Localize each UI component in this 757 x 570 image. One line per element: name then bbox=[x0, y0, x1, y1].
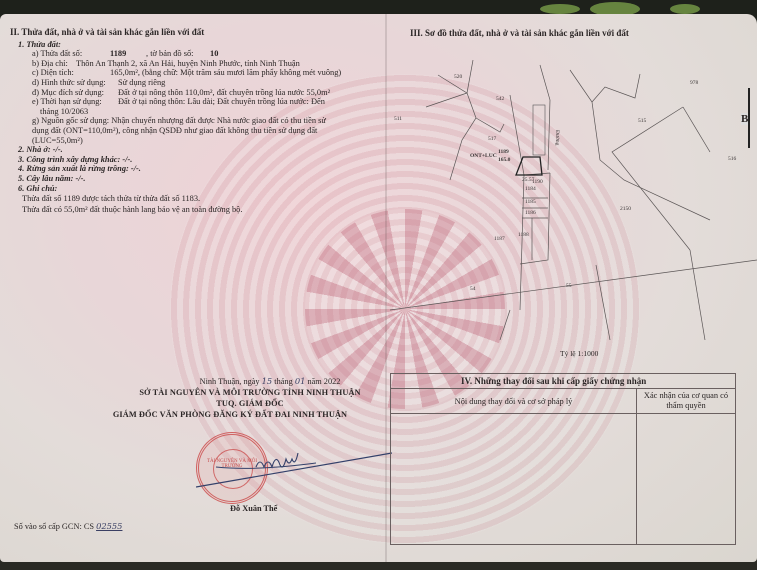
map-label: 1185 bbox=[525, 199, 536, 205]
map-label: 542 bbox=[496, 96, 505, 102]
note-line: Thửa đất số 1189 được tách thửa từ thửa … bbox=[22, 194, 385, 204]
changes-content-cell bbox=[391, 414, 637, 545]
form-value: Sử dụng riêng bbox=[118, 78, 165, 87]
signature-block: Ninh Thuận, ngày 15 tháng 01 năm 2022 SỞ… bbox=[110, 376, 390, 420]
form-label: d) Hình thức sử dụng: bbox=[32, 78, 118, 88]
note-line: Thửa đất có 55,0m² đất thuộc hành lang b… bbox=[22, 205, 385, 215]
map-label: 1186 bbox=[525, 210, 536, 216]
approval-content-cell bbox=[637, 414, 736, 545]
parcel-label: a) Thửa đất số: bbox=[32, 49, 110, 59]
purpose-label: đ) Mục đích sử dụng: bbox=[32, 88, 118, 98]
signature-mark bbox=[196, 445, 392, 491]
changes-column-header: Nội dung thay đổi và cơ sở pháp lý bbox=[391, 389, 637, 414]
map-label: Đường bbox=[554, 130, 560, 146]
map-label: 515 bbox=[638, 118, 647, 124]
parcel-row: a) Thửa đất số:1189, tờ bản đồ số:10 bbox=[32, 49, 385, 59]
map-label: 511 bbox=[394, 116, 402, 122]
map-label: 2150 bbox=[620, 206, 631, 212]
term-label: e) Thời hạn sử dụng: bbox=[32, 97, 118, 107]
map-label: 517 bbox=[488, 136, 497, 142]
forest-item: 4. Rừng sản xuất là rừng trồng: -/-. bbox=[18, 164, 385, 174]
signer-name: Đỗ Xuân Thể bbox=[230, 504, 277, 513]
notes-heading: 6. Ghi chú: bbox=[18, 184, 385, 194]
leaf-decoration bbox=[540, 4, 580, 14]
approval-column-header: Xác nhận của cơ quan có thẩm quyền bbox=[637, 389, 736, 414]
term-row-cont: tháng 10/2063 bbox=[32, 107, 385, 117]
map-label: 165.0 bbox=[498, 157, 511, 163]
agency-name: SỞ TÀI NGUYÊN VÀ MÔI TRƯỜNG TỈNH NINH TH… bbox=[110, 387, 390, 398]
term-continuation: tháng 10/2063 bbox=[40, 107, 88, 116]
section-land-info: II. Thửa đất, nhà ở và tài sản khác gắn … bbox=[10, 28, 385, 214]
map-scale: Tỷ lệ 1:1000 bbox=[560, 349, 598, 358]
changes-table: IV. Những thay đổi sau khi cấp giấy chứn… bbox=[390, 373, 736, 545]
area-value: 165,0m², (bằng chữ: Một trăm sáu mươi lă… bbox=[110, 68, 341, 77]
origin-label: g) Nguồn gốc sử dụng: bbox=[32, 116, 109, 125]
tuq-line: TUQ. GIÁM ĐỐC bbox=[110, 398, 390, 409]
map-label: 978 bbox=[690, 80, 699, 86]
map-label: 1189 bbox=[498, 149, 509, 155]
map-label: 1190 bbox=[532, 179, 543, 185]
issue-month: 01 bbox=[295, 376, 306, 386]
parcel-number: 1189 bbox=[110, 49, 146, 59]
construction-item: 3. Công trình xây dựng khác: -/-. bbox=[18, 155, 385, 165]
registration-code: 02555 bbox=[96, 521, 122, 531]
address-value: Thôn An Thạnh 2, xã An Hải, huyện Ninh P… bbox=[76, 59, 300, 68]
map-label: 520 bbox=[454, 74, 463, 80]
map-label: ONT+LUC bbox=[470, 153, 497, 159]
map-label: 516 bbox=[728, 156, 737, 162]
origin-row: g) Nguồn gốc sử dụng: Nhận chuyển nhượng… bbox=[32, 116, 332, 145]
map-label: 55 bbox=[566, 283, 572, 289]
section-2-title: II. Thửa đất, nhà ở và tài sản khác gắn … bbox=[10, 28, 385, 38]
land-heading: 1. Thửa đất: bbox=[18, 40, 385, 50]
map-label: 1184 bbox=[525, 186, 536, 192]
address-row: b) Địa chỉ:Thôn An Thạnh 2, xã An Hải, h… bbox=[32, 59, 385, 69]
map-sheet-number: 10 bbox=[210, 49, 218, 58]
north-label: B bbox=[741, 113, 748, 125]
road-corridor bbox=[533, 105, 545, 155]
map-label: 1188 bbox=[518, 232, 529, 238]
map-label: 1187 bbox=[494, 236, 505, 242]
issue-date: Ninh Thuận, ngày 15 tháng 01 năm 2022 bbox=[110, 376, 390, 387]
purpose-row: đ) Mục đích sử dụng:Đất ở tại nông thôn … bbox=[32, 88, 385, 98]
section-3-title: III. Sơ đồ thửa đất, nhà ở và tài sản kh… bbox=[410, 28, 629, 38]
map-label: 54 bbox=[470, 286, 476, 292]
area-row: c) Diện tích:165,0m², (bằng chữ: Một tră… bbox=[32, 68, 385, 78]
term-value: Đất ở tại nông thôn: Lâu dài; Đất chuyên… bbox=[118, 97, 325, 106]
target-parcel-outline bbox=[516, 157, 542, 175]
registration-number: Số vào sổ cấp GCN: CS 02555 bbox=[14, 521, 122, 531]
purpose-value: Đất ở tại nông thôn 110,0m², đất chuyên … bbox=[118, 88, 330, 97]
address-label: b) Địa chỉ: bbox=[32, 59, 76, 69]
map-sheet-label: , tờ bản đồ số: bbox=[146, 49, 210, 59]
form-row: d) Hình thức sử dụng:Sử dụng riêng bbox=[32, 78, 385, 88]
area-label: c) Diện tích: bbox=[32, 68, 110, 78]
leaf-decoration bbox=[670, 4, 700, 14]
term-row: e) Thời hạn sử dụng:Đất ở tại nông thôn:… bbox=[32, 97, 385, 107]
issue-day: 15 bbox=[262, 376, 273, 386]
office-name: GIÁM ĐỐC VĂN PHÒNG ĐĂNG KÝ ĐẤT ĐAI NINH … bbox=[70, 409, 390, 420]
parcel-map: 511 520 542 978 515 517 516 1189 165.0 O… bbox=[390, 60, 757, 340]
house-item: 2. Nhà ở: -/-. bbox=[18, 145, 385, 155]
section-4-title: IV. Những thay đổi sau khi cấp giấy chứn… bbox=[391, 374, 736, 389]
perennial-item: 5. Cây lâu năm: -/-. bbox=[18, 174, 385, 184]
